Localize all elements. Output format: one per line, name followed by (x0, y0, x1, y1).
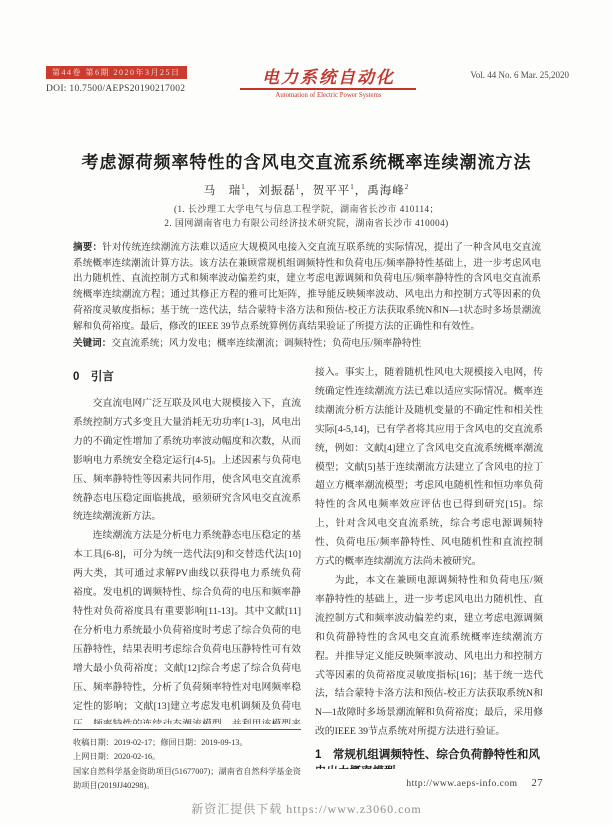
abstract: 摘要：针对传统连续潮流方法难以适应大规模风电接入交直流互联系统的实际情况，提出了… (73, 240, 541, 334)
intro-paragraph-3: 接入。事实上，随着随机性风电大规模接入电网，传统确定性连续潮流方法已难以适应实际… (315, 364, 543, 572)
paper-page: 第44卷 第6期 2020年3月25日 DOI: 10.7500/AEPS201… (0, 0, 613, 825)
affiliation-1: (1. 长沙理工大学电气与信息工程学院，湖南省长沙市 410114； (0, 202, 613, 215)
intro-paragraph-4: 为此，本文在兼顾电源调频特性和负荷电压/频率静特性的基础上，进一步考虑风电出力随… (315, 572, 543, 742)
right-column: 接入。事实上，随着随机性风电大规模接入电网，传统确定性连续潮流方法已难以适应实际… (315, 364, 543, 794)
watermark: 新资汇提供下载 https://www.z3060.com (0, 800, 613, 817)
page-footer: http://www.aeps-info.com 27 (315, 769, 543, 794)
issue-box: 第44卷 第6期 2020年3月25日 (46, 66, 187, 79)
abstract-text: 针对传统连续潮流方法难以适应大规模风电接入交直流互联系统的实际情况，提出了一种含… (73, 242, 541, 332)
section-0-heading: 0 引言 (73, 369, 301, 386)
funding-line: 国家自然科学基金资助项目(51677007)；湖南省自然科学基金资助项目(201… (73, 765, 301, 794)
paper-title: 考虑源荷频率特性的含风电交直流系统概率连续潮流方法 (0, 148, 613, 173)
journal-logo: 电力系统自动化 (248, 63, 408, 88)
keywords-label: 关键词： (73, 338, 111, 349)
volume-info: Vol. 44 No. 6 Mar. 25,2020 (470, 70, 569, 80)
logo-underline (240, 88, 416, 90)
keywords: 关键词：交直流系统；风力发电；概率连续潮流；调频特性；负荷电压/频率静特性 (73, 336, 541, 351)
author: 马 瑞1， (204, 185, 259, 197)
keywords-text: 交直流系统；风力发电；概率连续潮流；调频特性；负荷电压/频率静特性 (111, 338, 421, 349)
author: 刘振磊1， (258, 185, 313, 197)
journal-logo-block: 电力系统自动化 Automation of Electric Power Sys… (248, 63, 408, 99)
footnote-block: 收稿日期：2019-02-17；修回日期：2019-09-13。 上网日期：20… (73, 724, 301, 794)
author: 禹海峰2 (367, 185, 409, 197)
journal-header: 第44卷 第6期 2020年3月25日 DOI: 10.7500/AEPS201… (46, 66, 569, 99)
abstract-label: 摘要： (73, 242, 102, 253)
journal-subtitle: Automation of Electric Power Systems (248, 92, 408, 99)
body-columns: 0 引言 交直流电网广泛互联及风电大规模接入下，直流系统控制方式多变且大量消耗无… (73, 364, 543, 794)
doi: DOI: 10.7500/AEPS20190217002 (46, 84, 187, 94)
footnote-divider (73, 729, 301, 730)
intro-paragraph-1: 交直流电网广泛互联及风电大规模接入下，直流系统控制方式多变且大量消耗无功功率[1… (73, 395, 301, 527)
received-date-line: 收稿日期：2019-02-17；修回日期：2019-09-13。 (73, 736, 301, 751)
journal-url: http://www.aeps-info.com (406, 775, 517, 794)
authors-line: 马 瑞1，刘振磊1，贺平平1，禹海峰2 (0, 182, 613, 198)
author: 贺平平1， (313, 185, 368, 197)
left-column: 0 引言 交直流电网广泛互联及风电大规模接入下，直流系统控制方式多变且大量消耗无… (73, 364, 301, 794)
online-date-line: 上网日期：2020-02-16。 (73, 750, 301, 765)
page-number: 27 (532, 775, 544, 794)
affiliation-2: 2. 国网湖南省电力有限公司经济技术研究院，湖南省长沙市 410004) (0, 216, 613, 229)
header-left: 第44卷 第6期 2020年3月25日 DOI: 10.7500/AEPS201… (46, 66, 187, 94)
